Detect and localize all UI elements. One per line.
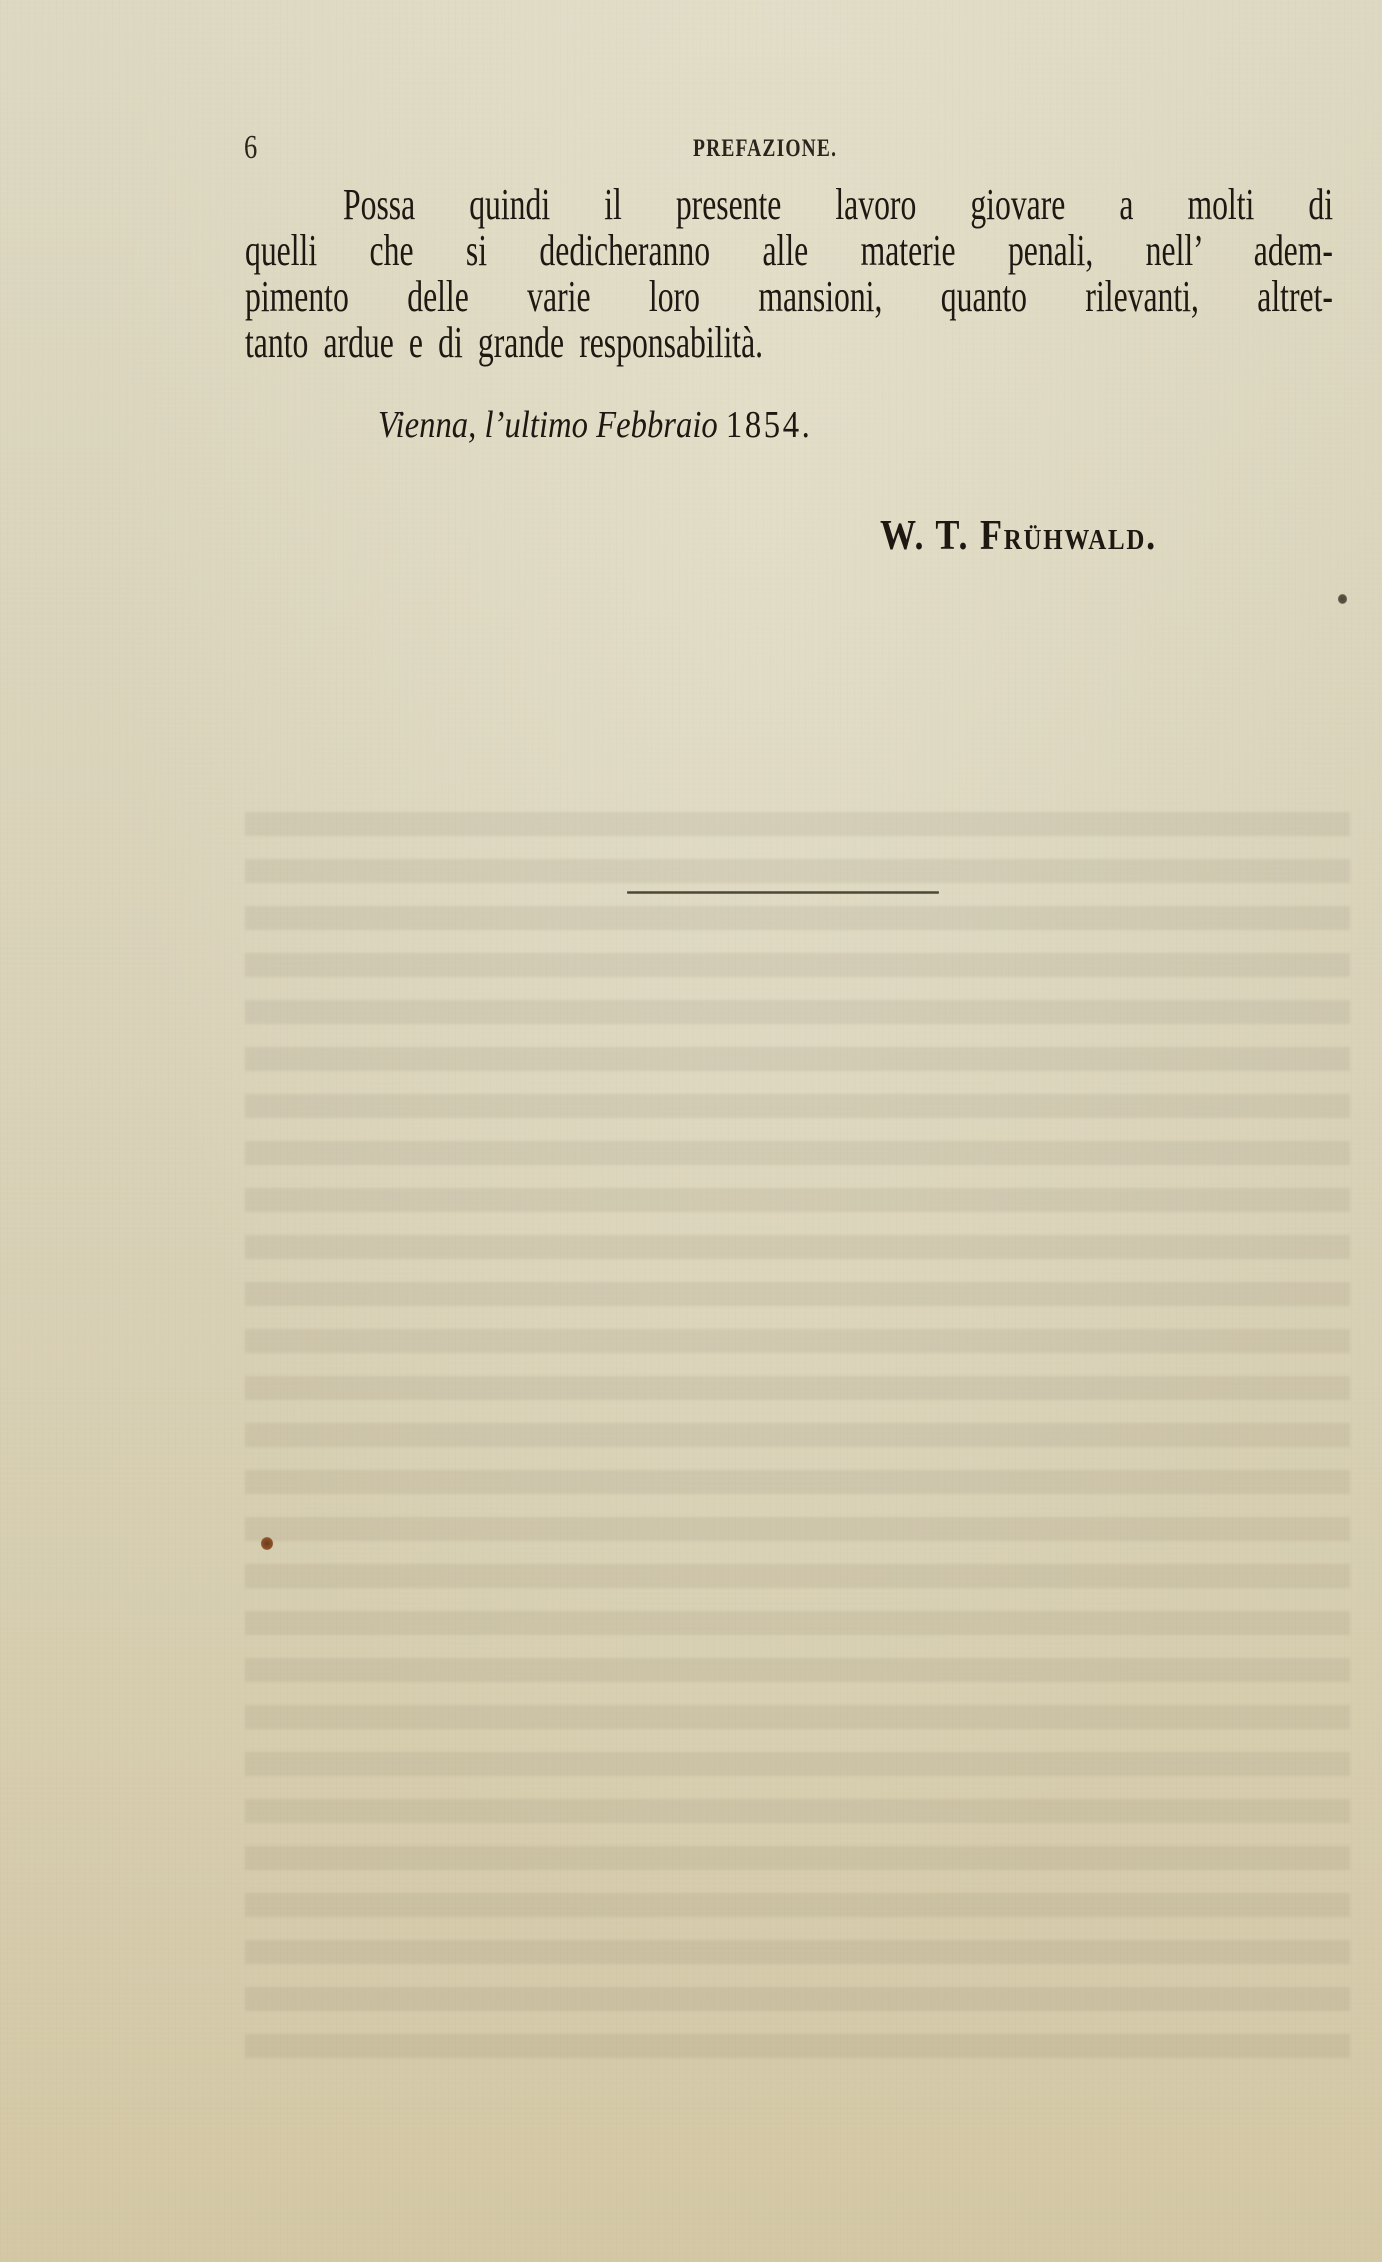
foxing-spot — [261, 1537, 273, 1550]
section-divider-rule — [627, 891, 939, 894]
paragraph-line-text: pimento delle varie loro mansioni, quant… — [245, 274, 1333, 320]
page-number: 6 — [244, 131, 257, 165]
running-head-title: PREFAZIONE. — [693, 135, 837, 163]
show-through-texture — [245, 800, 1350, 2065]
running-head: 6 PREFAZIONE. — [0, 131, 1382, 165]
preface-paragraph: Possa quindi il presente lavoro giovare … — [245, 182, 1333, 366]
paragraph-line: tanto ardue e di grande responsabilità. — [245, 320, 1333, 366]
dateline-year: 1854. — [726, 404, 812, 446]
paragraph-line: pimento delle varie loro mansioni, quant… — [245, 274, 1333, 320]
paragraph-line-text: Possa quindi il presente lavoro giovare … — [343, 182, 1333, 228]
paragraph-line-text: quelli che si dedicheranno alle materie … — [245, 228, 1333, 274]
ink-spot — [1338, 594, 1347, 604]
book-page: 6 PREFAZIONE. Possa quindi il presente l… — [0, 0, 1382, 2262]
paragraph-line-text: tanto ardue e di grande responsabilità. — [245, 320, 763, 366]
dateline: Vienna, l’ultimo Febbraio 1854. — [378, 405, 812, 445]
paragraph-line: quelli che si dedicheranno alle materie … — [245, 228, 1333, 274]
paragraph-line: Possa quindi il presente lavoro giovare … — [245, 182, 1333, 228]
author-signature: W. T. Frühwald. — [880, 515, 1157, 557]
dateline-place: Vienna, l’ultimo Febbraio — [378, 404, 718, 446]
